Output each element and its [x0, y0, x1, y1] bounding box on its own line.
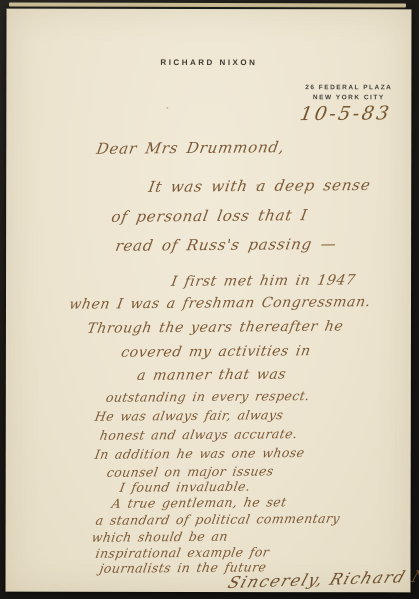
letterhead-address-line1: 26 FEDERAL PLAZA — [305, 83, 392, 93]
handwritten-line: A true gentleman, he set — [111, 494, 288, 511]
handwritten-line: inspirational example for — [95, 544, 271, 561]
handwritten-line: when I was a freshman Congressman. — [68, 294, 372, 313]
handwritten-line: which should be an — [91, 529, 230, 545]
handwritten-line: outstanding in every respect. — [105, 388, 311, 405]
handwritten-line: counsel on major issues — [106, 463, 275, 479]
handwritten-line: a standard of political commentary — [95, 511, 342, 528]
paper-speck — [166, 107, 168, 109]
letterhead-name: RICHARD NIXON — [6, 58, 411, 68]
handwritten-line: of personal loss that I — [110, 206, 309, 226]
letterhead-address: 26 FEDERAL PLAZA NEW YORK CITY — [305, 83, 392, 103]
salutation-line: Dear Mrs Drummond, — [95, 138, 286, 158]
handwritten-line: read of Russ's passing — — [114, 235, 338, 255]
handwritten-line: He was always fair, always — [94, 407, 285, 424]
backing-sheet-edge — [9, 2, 406, 7]
stationery-sheet: RICHARD NIXON 26 FEDERAL PLAZA NEW YORK … — [5, 9, 411, 593]
handwritten-line: It was with a deep sense — [147, 176, 372, 196]
letter-photo: RICHARD NIXON 26 FEDERAL PLAZA NEW YORK … — [0, 0, 419, 599]
handwritten-line: Through the years thereafter he — [86, 319, 345, 337]
handwritten-line: I found invaluable. — [119, 479, 252, 495]
handwritten-line: covered my activities in — [120, 343, 312, 361]
handwritten-line: In addition he was one whose — [94, 445, 306, 462]
handwritten-line: a manner that was — [136, 367, 288, 384]
handwritten-line: honest and always accurate. — [99, 426, 299, 443]
handwritten-line: I first met him in 1947 — [170, 272, 357, 290]
handwritten-date: 10-5-83 — [298, 102, 393, 125]
